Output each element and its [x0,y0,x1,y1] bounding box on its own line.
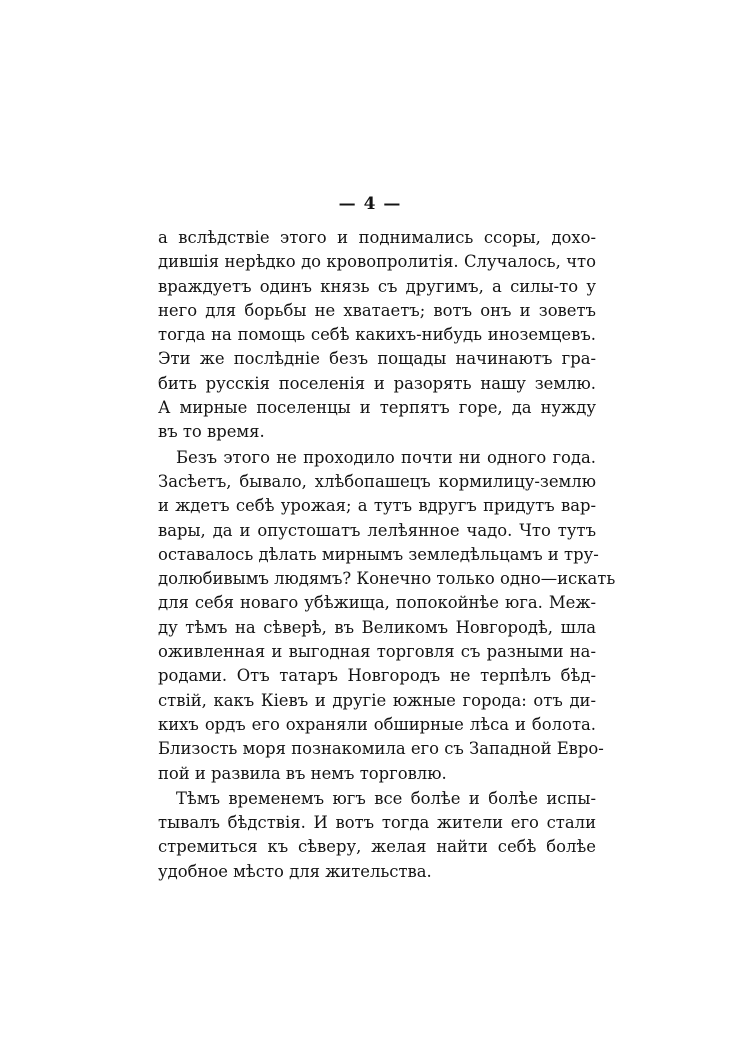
text-line: вары, да и опустошатъ лелѣянное чадо. Чт… [158,519,596,543]
text-line: Эти же послѣдніе безъ пощады начинаютъ г… [158,347,596,371]
text-line: и ждетъ себѣ урожая; а тутъ вдругъ приду… [158,494,596,518]
body-text: а вслѣдствіе этого и поднимались ссоры, … [158,226,596,884]
paragraph-2: Безъ этого не проходило почти ни одного … [158,446,596,786]
text-line: кихъ ордъ его охраняли обширные лѣса и б… [158,713,596,737]
text-line: тогда на помощь себѣ какихъ-нибудь инозе… [158,323,596,347]
text-line: удобное мѣсто для жительства. [158,860,596,884]
text-line: Близость моря познакомила его съ Западно… [158,737,596,761]
text-line: Безъ этого не проходило почти ни одного … [158,446,596,470]
text-line: оживленная и выгодная торговля съ разным… [158,640,596,664]
text-line: долюбивымъ людямъ? Конечно только одно—и… [158,567,596,591]
text-line: въ то время. [158,420,596,444]
text-line: А мирные поселенцы и терпятъ горе, да ну… [158,396,596,420]
text-line: для себя новаго убѣжища, попокойнѣе юга.… [158,591,596,615]
text-line: стремиться къ сѣверу, желая найти себѣ б… [158,835,596,859]
text-line: бить русскія поселенія и разорять нашу з… [158,372,596,396]
text-line: пой и развила въ немъ торговлю. [158,762,596,786]
text-line: ствій, какъ Кіевъ и другіе южные города:… [158,689,596,713]
text-line: а вслѣдствіе этого и поднимались ссоры, … [158,226,596,250]
paragraph-1: а вслѣдствіе этого и поднимались ссоры, … [158,226,596,445]
text-line: Засѣетъ, бывало, хлѣбопашецъ кормилицу-з… [158,470,596,494]
text-line: враждуетъ одинъ князь съ другимъ, а силы… [158,275,596,299]
text-line: оставалось дѣлать мирнымъ земледѣльцамъ … [158,543,596,567]
text-line: родами. Отъ татаръ Новгородъ не терпѣлъ … [158,664,596,688]
paragraph-3: Тѣмъ временемъ югъ все болѣе и болѣе исп… [158,787,596,884]
text-line: ду тѣмъ на сѣверѣ, въ Великомъ Новгородѣ… [158,616,596,640]
page-number: — 4 — [0,194,745,214]
text-line: тывалъ бѣдствія. И вотъ тогда жители его… [158,811,596,835]
text-line: дившія нерѣдко до кровопролитія. Случало… [158,250,596,274]
text-line: него для борьбы не хватаетъ; вотъ онъ и … [158,299,596,323]
text-line: Тѣмъ временемъ югъ все болѣе и болѣе исп… [158,787,596,811]
